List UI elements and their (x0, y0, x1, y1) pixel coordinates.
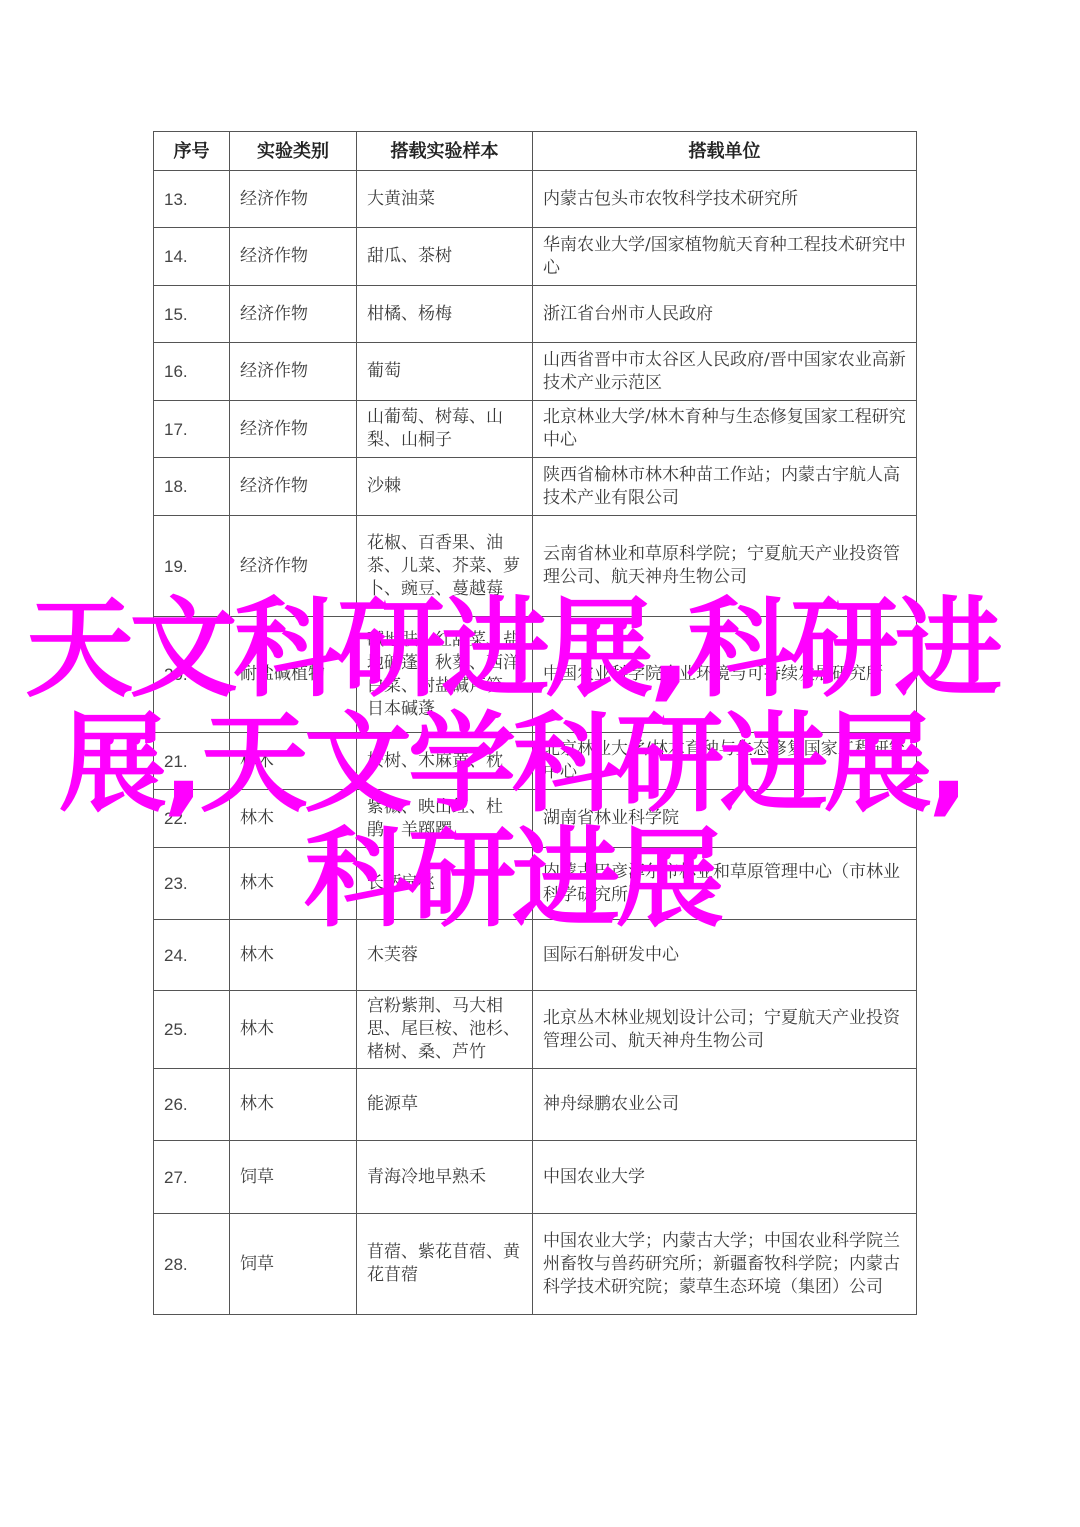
table-header-row: 序号 实验类别 搭载实验样本 搭载单位 (154, 132, 917, 171)
table-row: 16.经济作物葡萄山西省晋中市太谷区人民政府/晋中国家农业高新技术产业示范区 (154, 343, 917, 401)
table-row: 15.经济作物柑橘、杨梅浙江省台州市人民政府 (154, 286, 917, 343)
row-number: 13. (154, 171, 230, 228)
row-number: 15. (154, 286, 230, 343)
row-category: 经济作物 (230, 343, 357, 401)
table-row: 25.林木宫粉紫荆、马大相思、尾巨桉、池杉、楮树、桑、芦竹北京丛木林业规划设计公… (154, 991, 917, 1069)
row-unit: 陕西省榆林市林木种苗工作站；内蒙古宇航人高技术产业有限公司 (533, 458, 917, 516)
row-unit: 内蒙古包头市农牧科学技术研究所 (533, 171, 917, 228)
row-number: 26. (154, 1069, 230, 1141)
row-sample: 宫粉紫荆、马大相思、尾巨桉、池杉、楮树、桑、芦竹 (357, 991, 533, 1069)
row-category: 经济作物 (230, 228, 357, 286)
row-sample: 大黄油菜 (357, 171, 533, 228)
row-category: 经济作物 (230, 401, 357, 458)
row-sample: 青海冷地早熟禾 (357, 1141, 533, 1214)
table-row: 13.经济作物大黄油菜内蒙古包头市农牧科学技术研究所 (154, 171, 917, 228)
row-unit: 浙江省台州市人民政府 (533, 286, 917, 343)
row-sample: 能源草 (357, 1069, 533, 1141)
row-category: 林木 (230, 1069, 357, 1141)
row-number: 27. (154, 1141, 230, 1214)
row-sample: 山葡萄、树莓、山梨、山桐子 (357, 401, 533, 458)
row-number: 14. (154, 228, 230, 286)
header-unit: 搭载单位 (533, 132, 917, 171)
header-no: 序号 (154, 132, 230, 171)
row-category: 饲草 (230, 1214, 357, 1315)
row-sample: 苜蓿、紫花苜蓿、黄花苜蓿 (357, 1214, 533, 1315)
table-row: 18.经济作物沙棘陕西省榆林市林木种苗工作站；内蒙古宇航人高技术产业有限公司 (154, 458, 917, 516)
row-unit: 中国农业大学 (533, 1141, 917, 1214)
row-category: 林木 (230, 991, 357, 1069)
row-sample: 沙棘 (357, 458, 533, 516)
row-number: 28. (154, 1214, 230, 1315)
row-category: 饲草 (230, 1141, 357, 1214)
watermark-overlay-text: 天文科研进展,科研进展,天文学科研进展,科研进展 (12, 592, 1012, 937)
row-sample: 柑橘、杨梅 (357, 286, 533, 343)
row-number: 18. (154, 458, 230, 516)
row-number: 16. (154, 343, 230, 401)
row-unit: 山西省晋中市太谷区人民政府/晋中国家农业高新技术产业示范区 (533, 343, 917, 401)
row-unit: 华南农业大学/国家植物航天育种工程技术研究中心 (533, 228, 917, 286)
header-sample: 搭载实验样本 (357, 132, 533, 171)
row-category: 经济作物 (230, 171, 357, 228)
table-row: 17.经济作物山葡萄、树莓、山梨、山桐子北京林业大学/林木育种与生态修复国家工程… (154, 401, 917, 458)
row-unit: 中国农业大学；内蒙古大学；中国农业科学院兰州畜牧与兽药研究所；新疆畜牧科学院；内… (533, 1214, 917, 1315)
row-sample: 葡萄 (357, 343, 533, 401)
row-unit: 北京林业大学/林木育种与生态修复国家工程研究中心 (533, 401, 917, 458)
row-unit: 北京丛木林业规划设计公司；宁夏航天产业投资管理公司、航天神舟生物公司 (533, 991, 917, 1069)
table-row: 26.林木能源草神舟绿鹏农业公司 (154, 1069, 917, 1141)
row-category: 经济作物 (230, 286, 357, 343)
table-row: 28.饲草苜蓿、紫花苜蓿、黄花苜蓿中国农业大学；内蒙古大学；中国农业科学院兰州畜… (154, 1214, 917, 1315)
row-number: 25. (154, 991, 230, 1069)
row-unit: 神舟绿鹏农业公司 (533, 1069, 917, 1141)
row-category: 经济作物 (230, 458, 357, 516)
header-category: 实验类别 (230, 132, 357, 171)
table-row: 27.饲草青海冷地早熟禾中国农业大学 (154, 1141, 917, 1214)
row-sample: 甜瓜、茶树 (357, 228, 533, 286)
table-row: 14.经济作物甜瓜、茶树华南农业大学/国家植物航天育种工程技术研究中心 (154, 228, 917, 286)
row-number: 17. (154, 401, 230, 458)
